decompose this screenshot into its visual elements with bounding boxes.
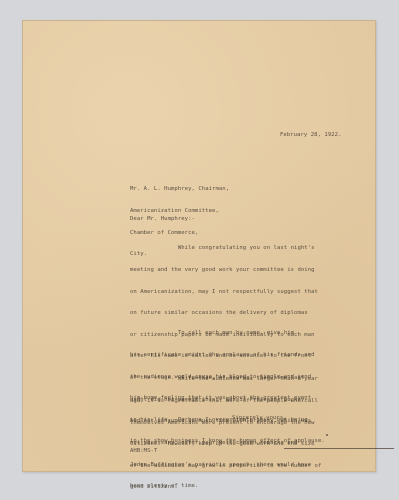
text-line: While the audience was larger than a yea… <box>130 376 321 383</box>
typist-initials: AHB:MS-T <box>130 448 157 455</box>
text-line: good citizens. <box>130 484 321 491</box>
text-line: of the audiences may grow in proportion … <box>130 463 321 470</box>
text-line: themselves Americans were present to enc… <box>130 420 321 427</box>
text-line: on Americanization, may I not respectful… <box>130 289 318 296</box>
text-line: ago, it is regrettable that more of the … <box>130 398 321 405</box>
closing: Sincerely yours, <box>232 415 287 422</box>
letter-page: February 28, 1922. Mr. A. L. Humphrey, C… <box>22 20 376 472</box>
paragraph-3: While the audience was larger than a yea… <box>130 362 321 500</box>
recipient-line: Americanization Committee, <box>130 208 229 215</box>
salutation: Dear Mr. Humphrey:- <box>130 216 195 223</box>
text-line: meeting and the very good work your comm… <box>130 267 318 274</box>
text-line: While congratulating you on last night's <box>130 245 318 252</box>
text-line: To call each man by name, give him <box>130 330 325 337</box>
letter-date: February 28, 1922. <box>280 132 342 139</box>
text-line: his certificate amidst the applause of h… <box>130 352 325 359</box>
ink-speck <box>326 434 328 436</box>
signature-line <box>284 448 394 449</box>
recipient-line: Mr. A. L. Humphrey, Chairman, <box>130 186 229 193</box>
